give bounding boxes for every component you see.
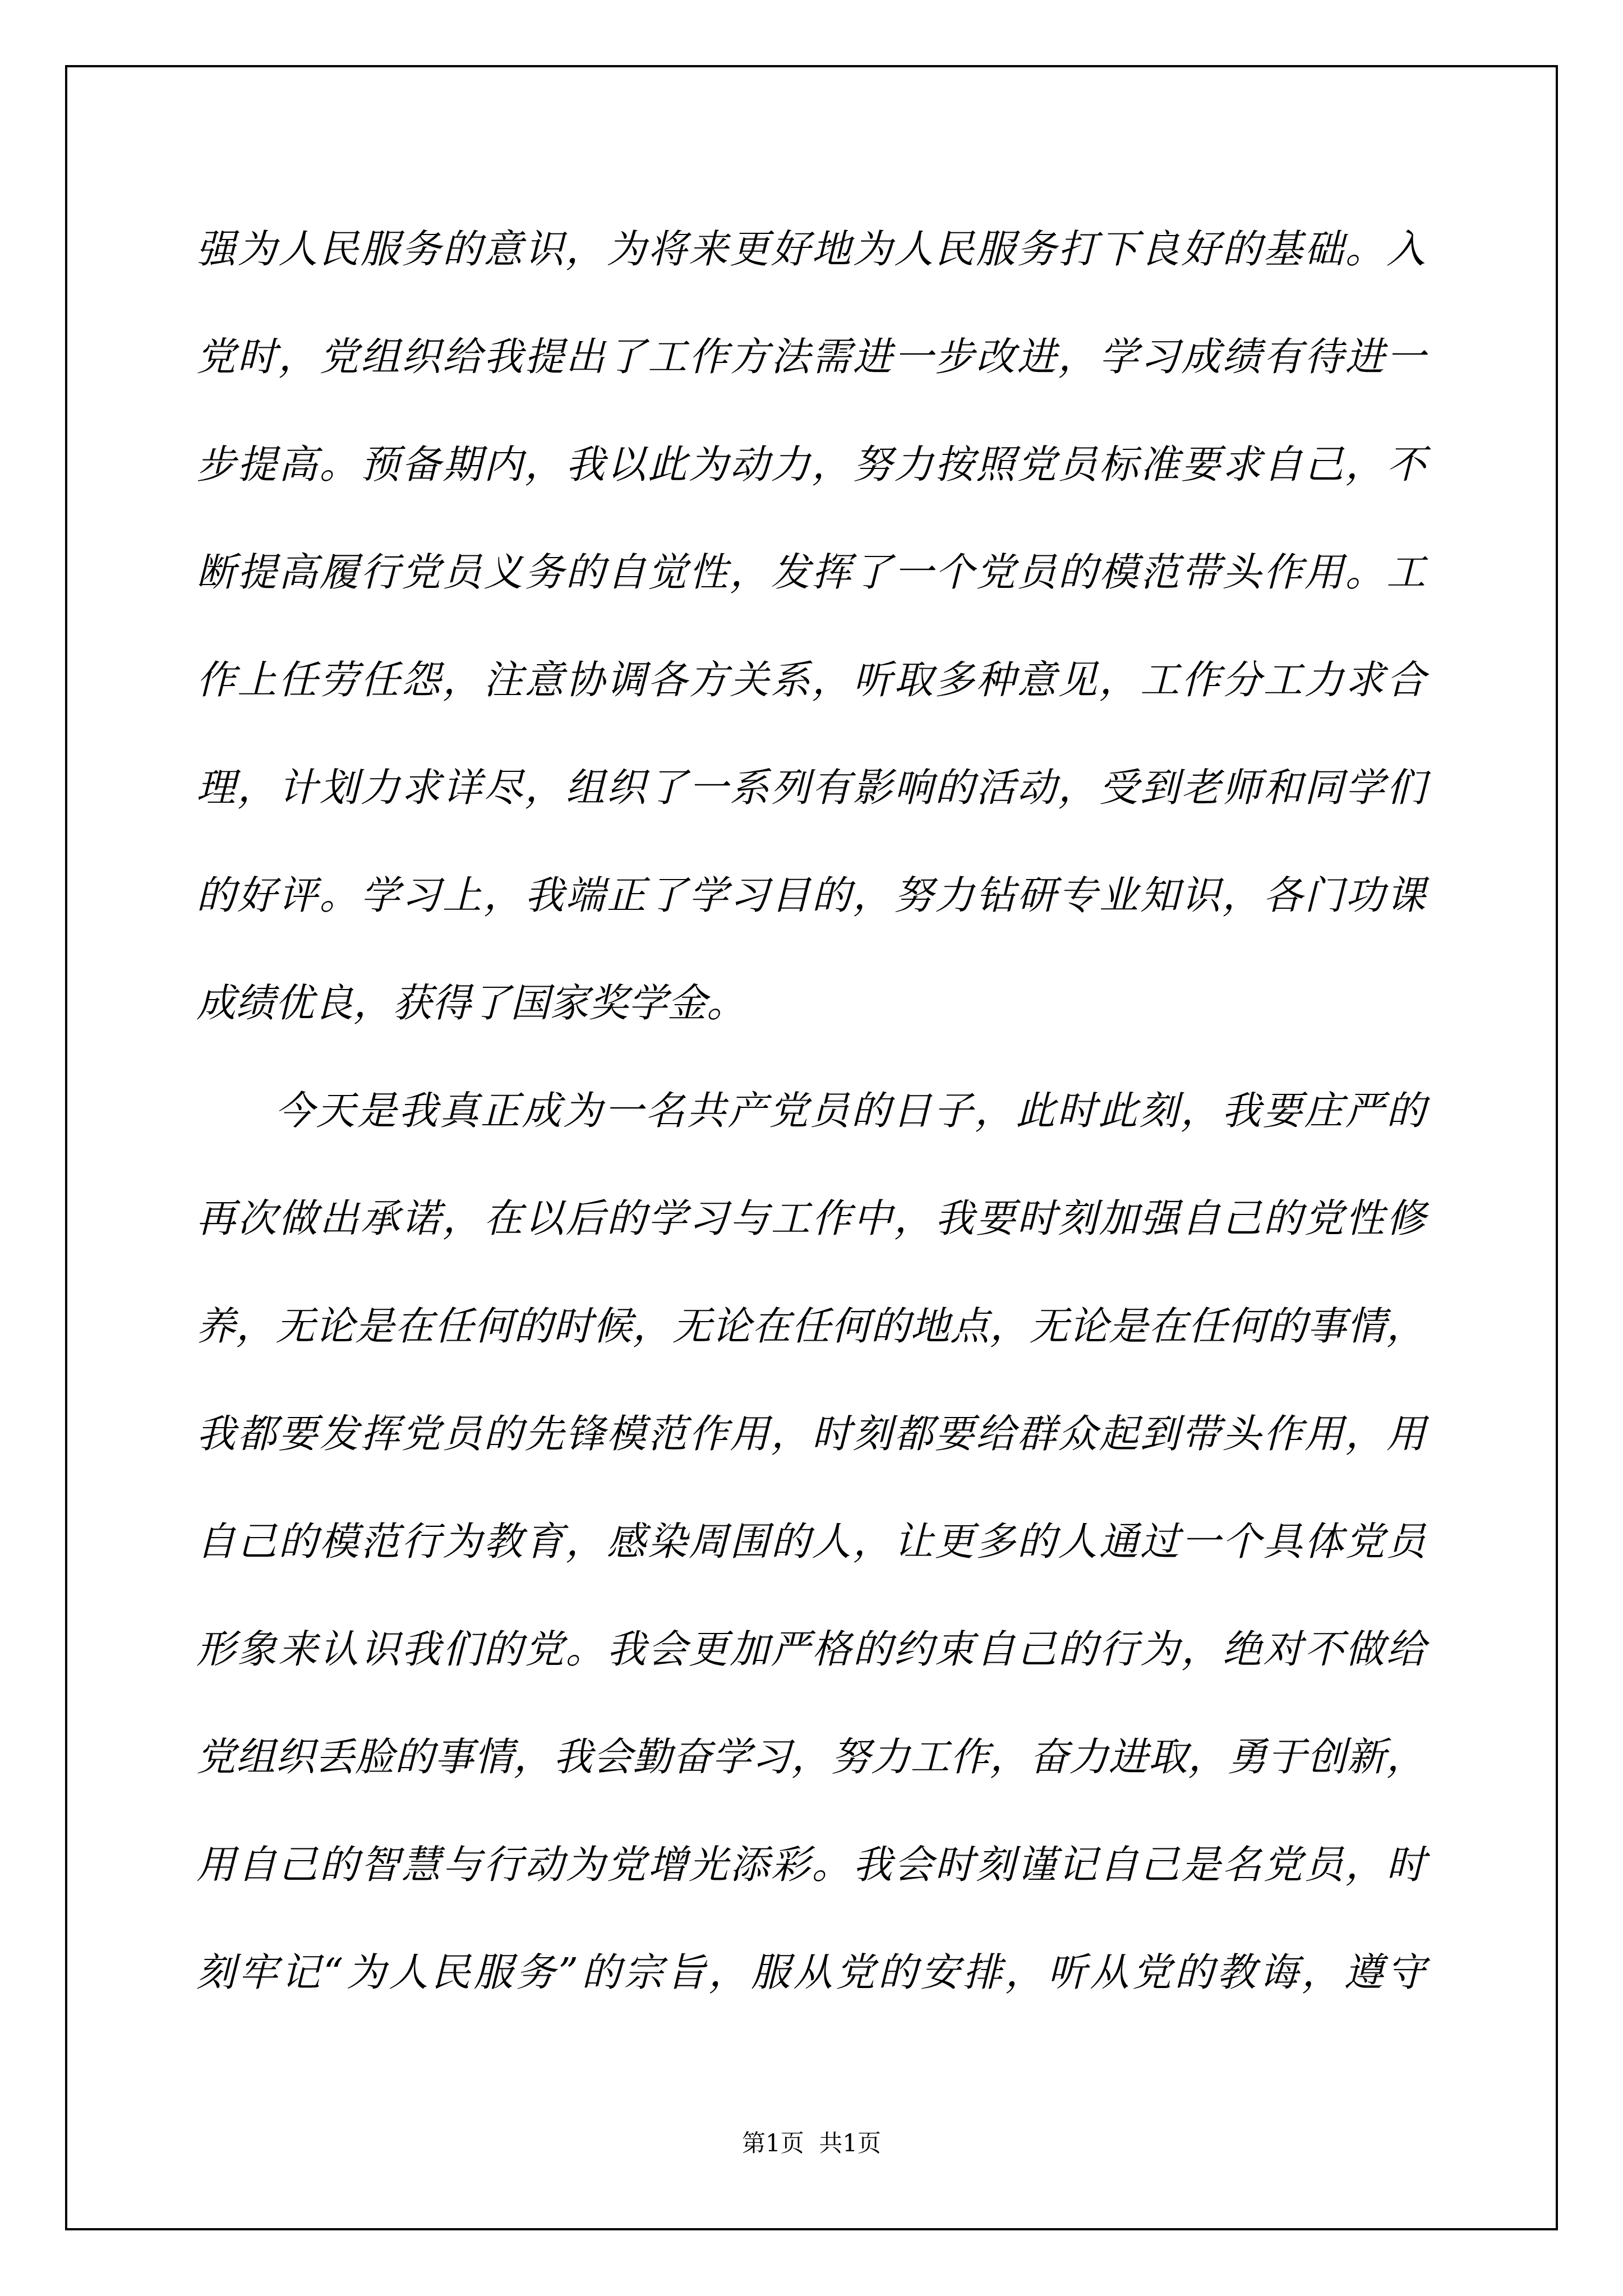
page-footer: 第1页 共1页 [0, 2125, 1623, 2159]
text-line: 形象来认识我们的党。我会更加严格的约束自己的行为，绝对不做给 [196, 1595, 1426, 1703]
text-line: 成绩优良，获得了国家奖学金。 [196, 949, 1426, 1057]
text-line: 自己的模范行为教育，感染周围的人，让更多的人通过一个具体党员 [196, 1488, 1426, 1595]
text-line: 党时，党组织给我提出了工作方法需进一步改进，学习成绩有待进一 [196, 303, 1426, 411]
text-line: 强为人民服务的意识，为将来更好地为人民服务打下良好的基础。入 [196, 195, 1426, 303]
text-line: 的好评。学习上，我端正了学习目的，努力钻研专业知识，各门功课 [196, 841, 1426, 949]
text-line: 步提高。预备期内，我以此为动力，努力按照党员标准要求自己，不 [196, 411, 1426, 518]
text-line: 再次做出承诺，在以后的学习与工作中，我要时刻加强自己的党性修 [196, 1165, 1426, 1272]
text-line: 用自己的智慧与行动为党增光添彩。我会时刻谨记自己是名党员，时 [196, 1811, 1426, 1918]
text-line: 党组织丢脸的事情，我会勤奋学习，努力工作，奋力进取，勇于创新， [196, 1703, 1426, 1811]
text-line: 我都要发挥党员的先锋模范作用，时刻都要给群众起到带头作用，用 [196, 1380, 1426, 1488]
text-line: 今天是我真正成为一名共产党员的日子，此时此刻，我要庄严的 [196, 1057, 1426, 1165]
text-line: 刻牢记“为人民服务”的宗旨，服从党的安排，听从党的教诲，遵守 [196, 1918, 1426, 2026]
text-line: 作上任劳任怨，注意协调各方关系，听取多种意见，工作分工力求合 [196, 626, 1426, 734]
document-text: 强为人民服务的意识，为将来更好地为人民服务打下良好的基础。入党时，党组织给我提出… [196, 195, 1426, 2026]
text-line: 养，无论是在任何的时候，无论在任何的地点，无论是在任何的事情， [196, 1272, 1426, 1380]
text-line: 断提高履行党员义务的自觉性，发挥了一个党员的模范带头作用。工 [196, 518, 1426, 626]
text-line: 理，计划力求详尽，组织了一系列有影响的活动，受到老师和同学们 [196, 734, 1426, 841]
